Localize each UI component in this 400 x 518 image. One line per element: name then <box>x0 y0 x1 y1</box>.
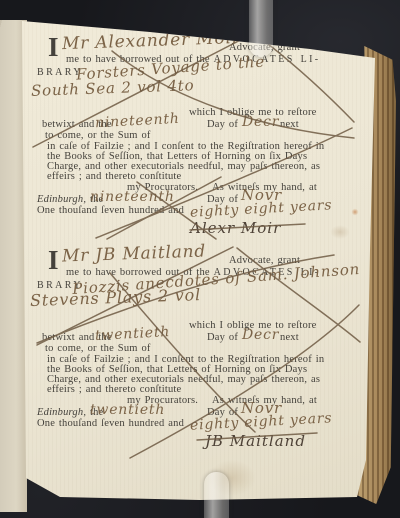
day-of-label: Day of <box>207 120 238 131</box>
page-strap-bottom <box>204 472 229 518</box>
borrower-name-handwritten: Mr JB Maitland <box>62 243 207 265</box>
return-month-handwritten: Decr <box>242 115 279 129</box>
page-strap-top <box>249 0 273 57</box>
edinburgh-word: Edinburgh, <box>37 407 86 418</box>
book-page: I Mr Alexander Moir Advocate, grant me t… <box>0 0 400 518</box>
to-come-line: to come, or the Sum of <box>45 131 151 142</box>
signature-handwritten: JB Maitland <box>205 434 306 449</box>
borrow-form-2: I Mr JB Maitland Advocate, grant me to h… <box>0 243 400 453</box>
return-month-handwritten: Decr <box>242 328 279 342</box>
year-line: One thouſand ſeven hundred and <box>37 419 184 430</box>
book-title-line2-handwritten: South Sea 2 vol 4to <box>31 78 195 99</box>
book-title-line2-handwritten: Stevens Plays 2 vol <box>30 287 201 309</box>
year-line: One thouſand ſeven hundred and <box>37 206 184 217</box>
effeirs-line: effeirs ; and thereto conſtitute <box>47 172 181 183</box>
photo-backdrop: I Mr Alexander Moir Advocate, grant me t… <box>0 0 400 518</box>
signature-handwritten: Alexr Moir <box>190 221 281 236</box>
next-label: next <box>280 120 299 131</box>
effeirs-line: effeirs ; and thereto conſtitute <box>47 385 181 396</box>
borrow-form-1: I Mr Alexander Moir Advocate, grant me t… <box>0 30 400 240</box>
to-come-line: to come, or the Sum of <box>45 344 151 355</box>
initial-capital: I <box>48 34 59 61</box>
edinburgh-word: Edinburgh, <box>37 194 86 205</box>
return-day-handwritten: twentieth <box>95 325 171 343</box>
borrower-name-handwritten: Mr Alexander Moir <box>62 30 241 53</box>
day-of-label: Day of <box>207 333 238 344</box>
return-day-handwritten: nineteenth <box>95 112 180 130</box>
signed-day-handwritten: twentieth <box>90 403 165 417</box>
next-label: next <box>280 333 299 344</box>
signed-day-handwritten: nineteenth <box>90 190 175 204</box>
initial-capital: I <box>48 247 59 274</box>
